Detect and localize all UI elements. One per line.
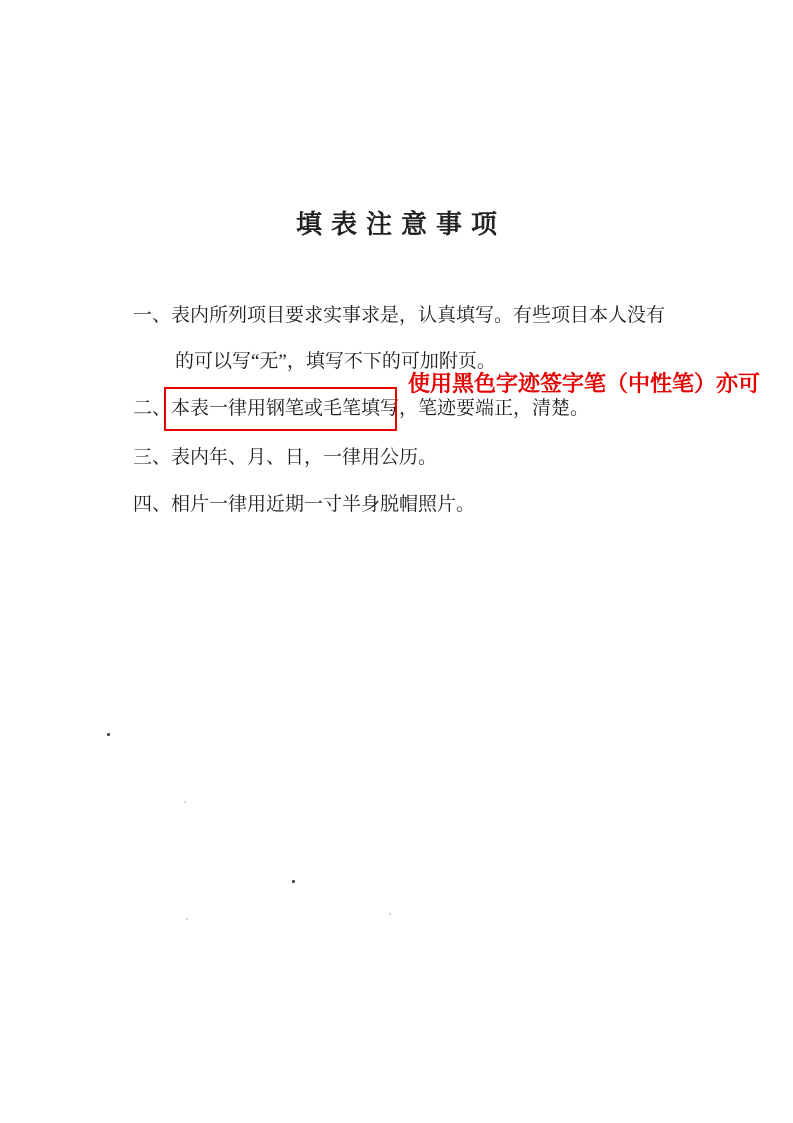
annotation-text: 使用黑色字迹签字笔（中性笔）亦可	[408, 370, 760, 397]
item-2-prefix: 二、	[133, 398, 171, 419]
document-title: 填表注意事项	[0, 204, 793, 241]
instruction-item-3: 三、表内年、月、日，一律用公历。	[133, 445, 437, 471]
scan-speck	[107, 733, 110, 736]
item-2-suffix: ，笔迹要端正，清楚。	[399, 398, 589, 419]
item-2-boxed-phrase: 本表一律用钢笔或毛笔填写	[171, 398, 399, 419]
instruction-item-4: 四、相片一律用近期一寸半身脱帽照片。	[133, 492, 475, 518]
scan-speck	[186, 918, 188, 920]
instruction-item-1-line-1: 一、表内所列项目要求实事求是，认真填写。有些项目本人没有	[133, 303, 665, 329]
scan-speck	[184, 801, 186, 803]
scan-speck	[292, 880, 295, 883]
scanned-document-page: 填表注意事项 一、表内所列项目要求实事求是，认真填写。有些项目本人没有 的可以写…	[0, 0, 793, 1123]
instruction-item-2: 二、本表一律用钢笔或毛笔填写，笔迹要端正，清楚。	[133, 396, 589, 422]
scan-speck	[389, 913, 391, 915]
